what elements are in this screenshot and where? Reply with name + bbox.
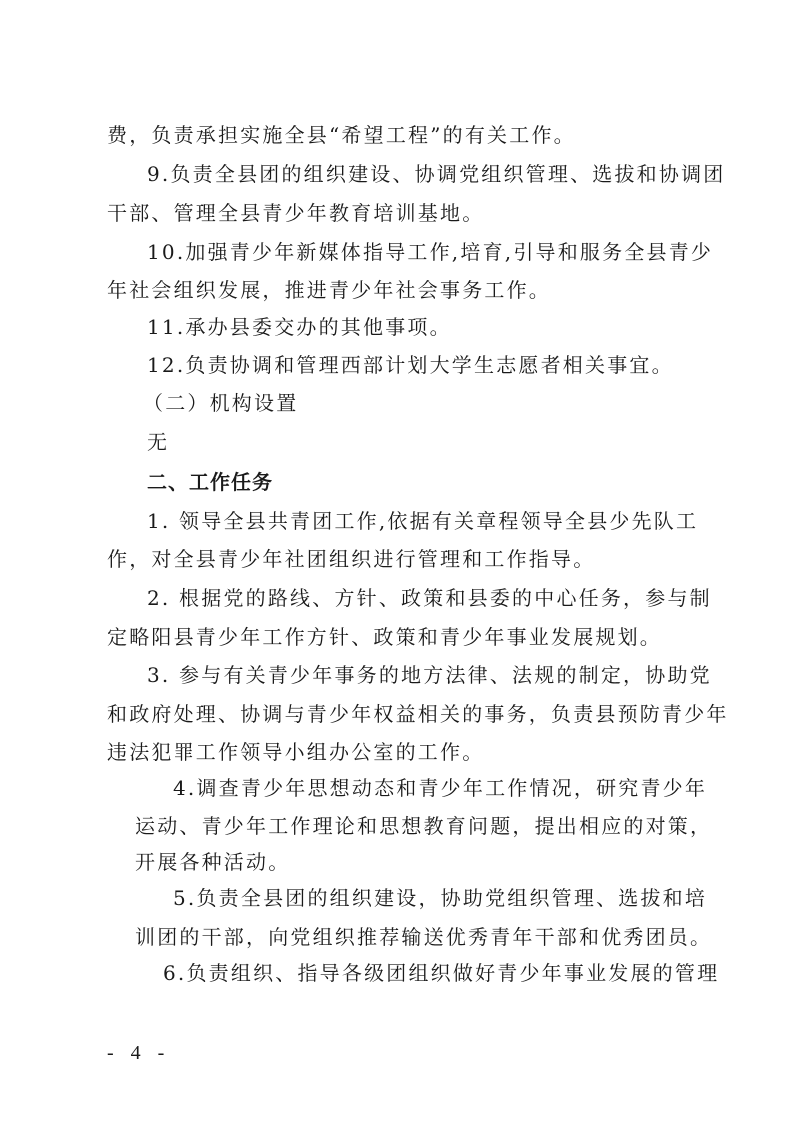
- text-line: 定略阳县青少年工作方针、政策和青少年事业发展规划。: [107, 625, 697, 649]
- page-number: - 4 -: [107, 1042, 170, 1065]
- text-line: 1. 领导全县共青团工作,依据有关章程领导全县少先队工: [147, 509, 737, 533]
- text-line: 年社会组织发展，推进青少年社会事务工作。: [107, 278, 697, 302]
- text-line: 训团的干部，向党组织推荐输送优秀青年干部和优秀团员。: [135, 925, 725, 949]
- text-line: 2. 根据党的路线、方针、政策和县委的中心任务，参与制: [147, 586, 737, 610]
- text-line: 无: [147, 430, 737, 454]
- text-line: 10.加强青少年新媒体指导工作,培育,引导和服务全县青少: [147, 240, 737, 264]
- text-line: 9.负责全县团的组织建设、协调党组织管理、选拔和协调团: [147, 162, 737, 186]
- text-line: 开展各种活动。: [135, 850, 725, 874]
- document-page: 费，负责承担实施全县“希望工程”的有关工作。9.负责全县团的组织建设、协调党组织…: [0, 0, 793, 1122]
- section-heading: 二、工作任务: [147, 470, 737, 494]
- text-line: 4.调查青少年思想动态和青少年工作情况，研究青少年: [173, 776, 763, 800]
- text-line: 11.承办县委交办的其他事项。: [147, 315, 737, 339]
- text-line: 作，对全县青少年社团组织进行管理和工作指导。: [107, 547, 697, 571]
- text-line: 运动、青少年工作理论和思想教育问题，提出相应的对策，: [135, 814, 725, 838]
- text-line: 违法犯罪工作领导小组办公室的工作。: [107, 740, 697, 764]
- text-line: 6.负责组织、指导各级团组织做好青少年事业发展的管理: [163, 961, 753, 985]
- text-line: 5.负责全县团的组织建设，协助党组织管理、选拔和培: [173, 886, 763, 910]
- text-line: 12.负责协调和管理西部计划大学生志愿者相关事宜。: [147, 353, 737, 377]
- text-line: 费，负责承担实施全县“希望工程”的有关工作。: [107, 123, 697, 147]
- text-line: 干部、管理全县青少年教育培训基地。: [107, 201, 697, 225]
- text-line: 和政府处理、协调与青少年权益相关的事务，负责县预防青少年: [107, 702, 697, 726]
- text-line: （二）机构设置: [143, 391, 733, 415]
- text-line: 3. 参与有关青少年事务的地方法律、法规的制定，协助党: [147, 663, 737, 687]
